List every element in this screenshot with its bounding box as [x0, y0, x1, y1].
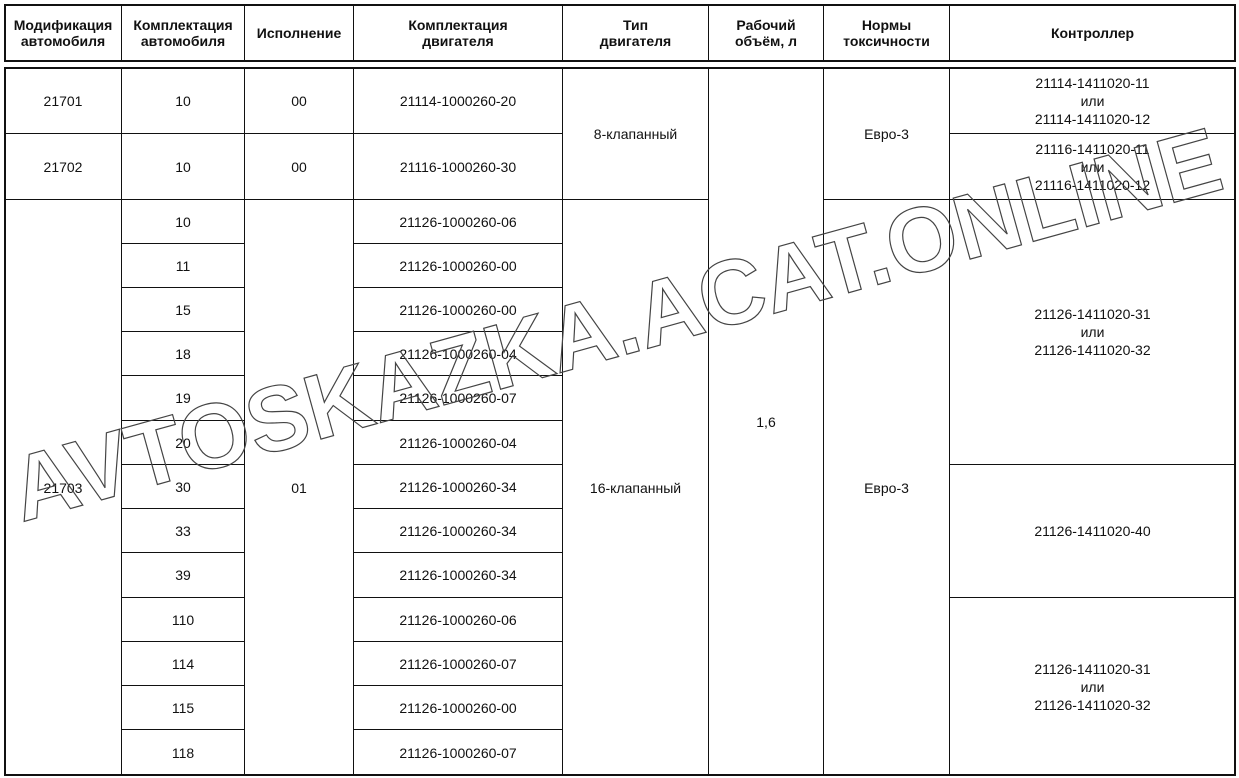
table-frame	[4, 67, 1236, 776]
table-frame	[4, 4, 1236, 62]
